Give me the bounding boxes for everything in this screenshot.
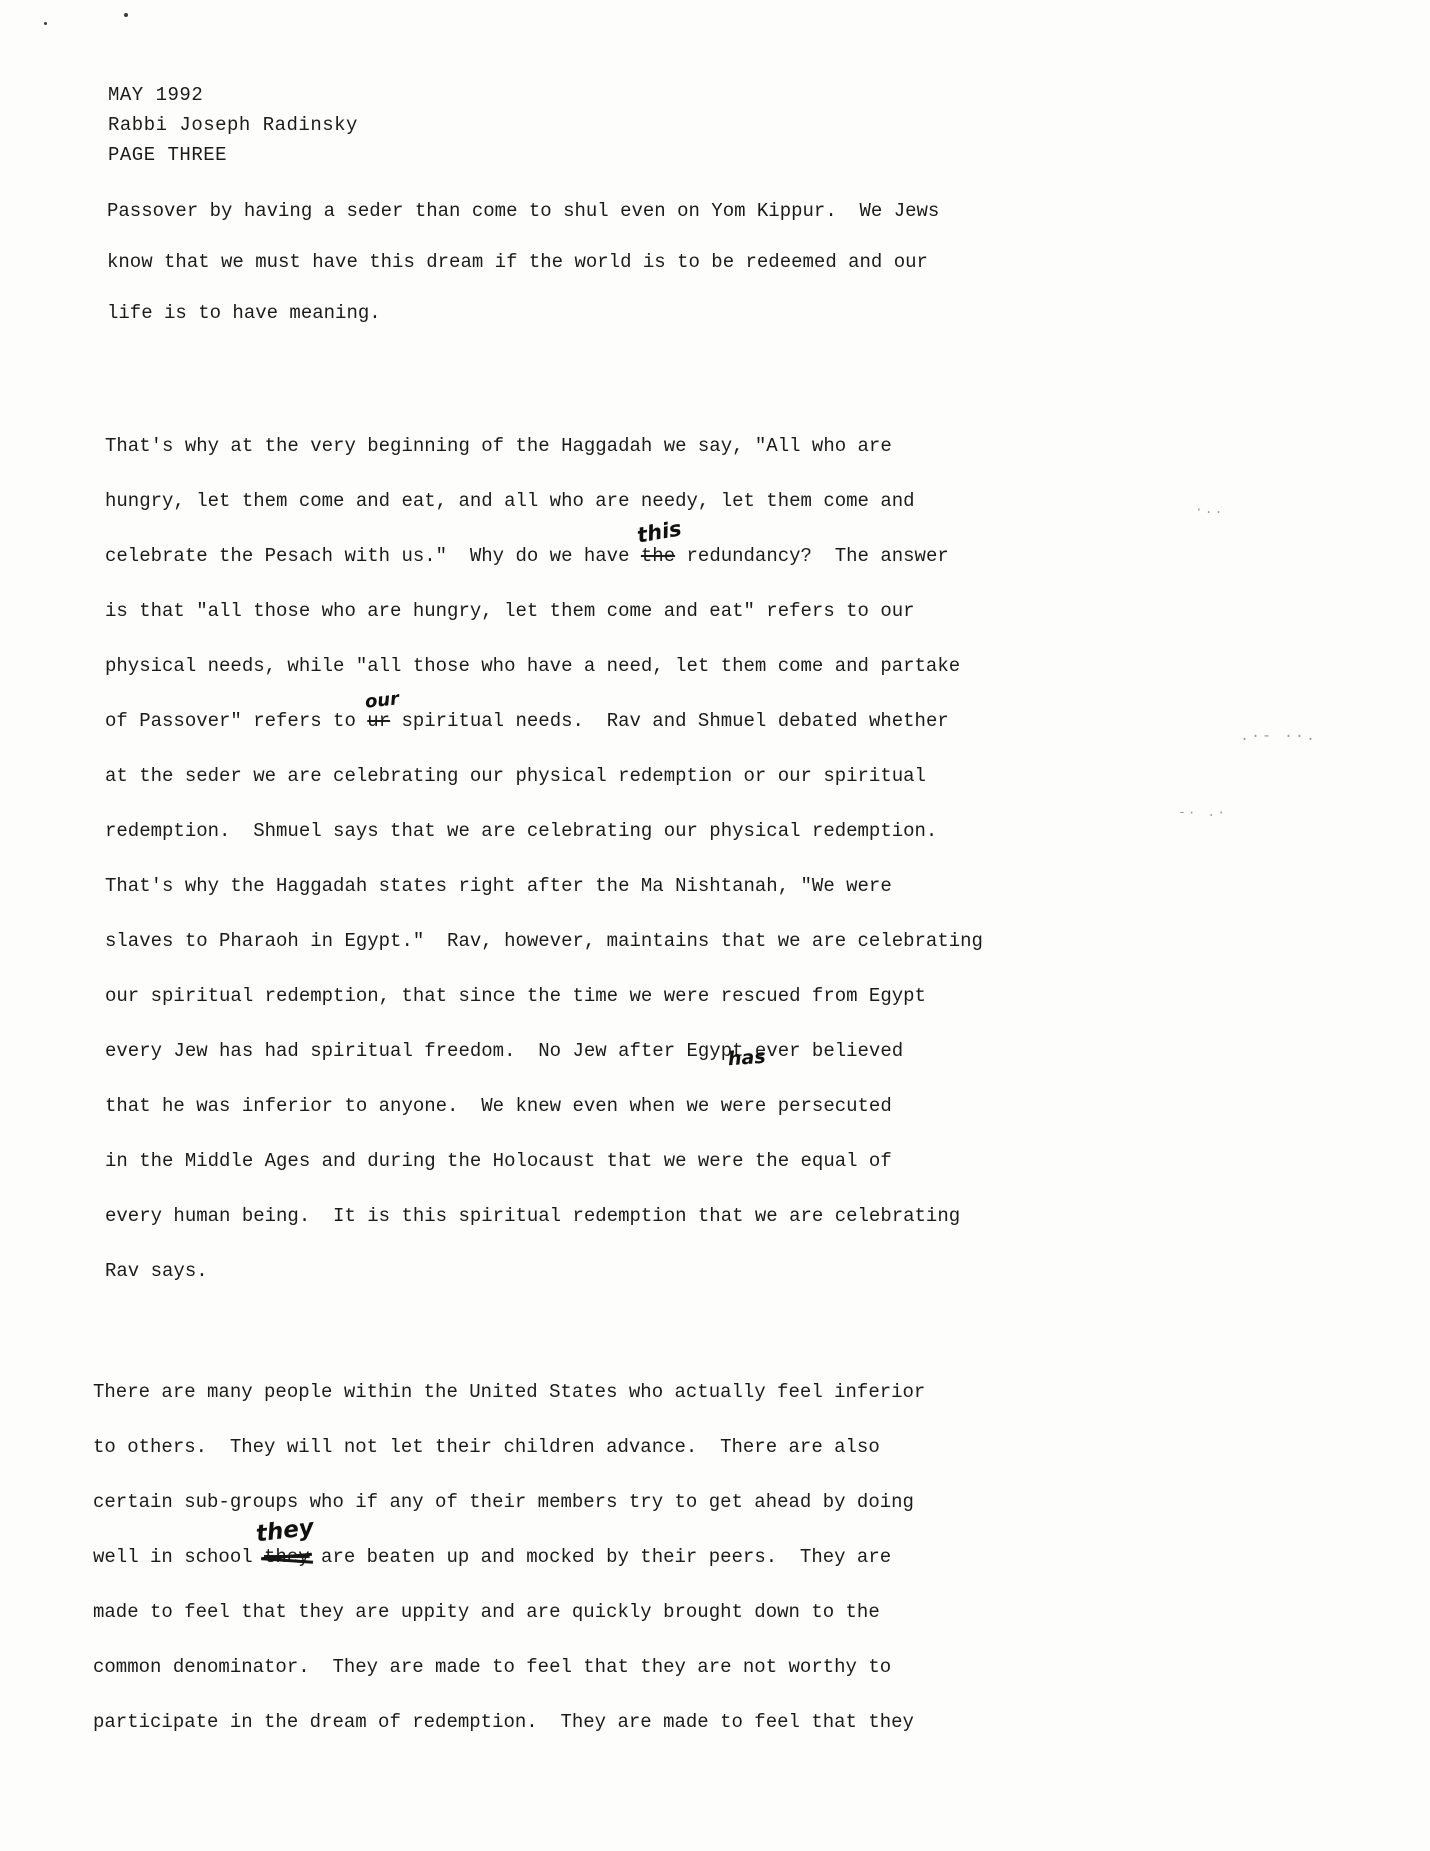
paragraph-1: Passover by having a seder than come to … [107, 186, 939, 339]
line-text: spiritual needs. Rav and Shmuel debated … [390, 710, 949, 732]
pencil-mark: -· .· [1178, 805, 1227, 820]
pencil-mark: .·- ··. [1240, 728, 1317, 745]
text-line: every Jew has had spiritual freedom. No … [105, 1024, 983, 1079]
text-line: celebrate the Pesach with us." Why do we… [105, 529, 983, 584]
text-line: physical needs, while "all those who hav… [105, 639, 983, 694]
text-line: Passover by having a seder than come to … [107, 186, 939, 237]
text-line: at the seder we are celebrating our phys… [105, 749, 983, 804]
line-text: celebrate the Pesach with us." Why do we… [105, 545, 641, 567]
paragraph-3: There are many people within the United … [93, 1365, 925, 1750]
header-author: Rabbi Joseph Radinsky [108, 110, 358, 140]
line-text: redundancy? The answer [675, 545, 949, 567]
line-text: ever believed [744, 1040, 904, 1062]
text-line: hungry, let them come and eat, and all w… [105, 474, 983, 529]
line-text: well in school [93, 1546, 264, 1568]
line-text: every Jew has had spiritual freedom. No … [105, 1040, 744, 1062]
text-line: common denominator. They are made to fee… [93, 1640, 925, 1695]
struck-word: ur [367, 710, 390, 732]
text-line: Rav says. [105, 1244, 983, 1299]
correction: urour [367, 694, 390, 749]
text-line: That's why at the very beginning of the … [105, 419, 983, 474]
correction: theythey [264, 1530, 310, 1585]
handwritten-insertion: they [255, 1517, 315, 1547]
text-line: every human being. It is this spiritual … [105, 1189, 983, 1244]
scribbled-out-word: they [264, 1546, 310, 1568]
text-line: know that we must have this dream if the… [107, 237, 939, 288]
text-line: slaves to Pharaoh in Egypt." Rav, howeve… [105, 914, 983, 969]
text-line: of Passover" refers to urour spiritual n… [105, 694, 983, 749]
line-text: of Passover" refers to [105, 710, 367, 732]
text-line: That's why the Haggadah states right aft… [105, 859, 983, 914]
scan-speck [44, 22, 47, 25]
handwritten-insertion: has [727, 1048, 766, 1070]
document-header: MAY 1992 Rabbi Joseph Radinsky PAGE THRE… [108, 80, 358, 170]
struck-word: the [641, 545, 675, 567]
text-line: our spiritual redemption, that since the… [105, 969, 983, 1024]
document-page: ·.. .·- ··. -· .· MAY 1992 Rabbi Joseph … [0, 0, 1430, 1851]
text-line: made to feel that they are uppity and ar… [93, 1585, 925, 1640]
text-line: certain sub-groups who if any of their m… [93, 1475, 925, 1530]
text-line: well in school theythey are beaten up an… [93, 1530, 925, 1585]
text-line: in the Middle Ages and during the Holoca… [105, 1134, 983, 1189]
text-line: to others. They will not let their child… [93, 1420, 925, 1475]
scan-speck [124, 13, 128, 17]
text-line: participate in the dream of redemption. … [93, 1695, 925, 1750]
header-page-label: PAGE THREE [108, 140, 358, 170]
header-date: MAY 1992 [108, 80, 358, 110]
text-line: There are many people within the United … [93, 1365, 925, 1420]
handwritten-insertion: this [635, 518, 683, 546]
line-text: are beaten up and mocked by their peers.… [310, 1546, 892, 1568]
correction: thethis [641, 529, 675, 584]
paragraph-2: That's why at the very beginning of the … [105, 419, 983, 1299]
text-line: that he was inferior to anyone. We knew … [105, 1079, 983, 1134]
pencil-mark: ·.. [1195, 502, 1224, 517]
text-line: redemption. Shmuel says that we are cele… [105, 804, 983, 859]
text-line: life is to have meaning. [107, 288, 939, 339]
text-line: is that "all those who are hungry, let t… [105, 584, 983, 639]
handwritten-insertion: our [364, 690, 400, 711]
